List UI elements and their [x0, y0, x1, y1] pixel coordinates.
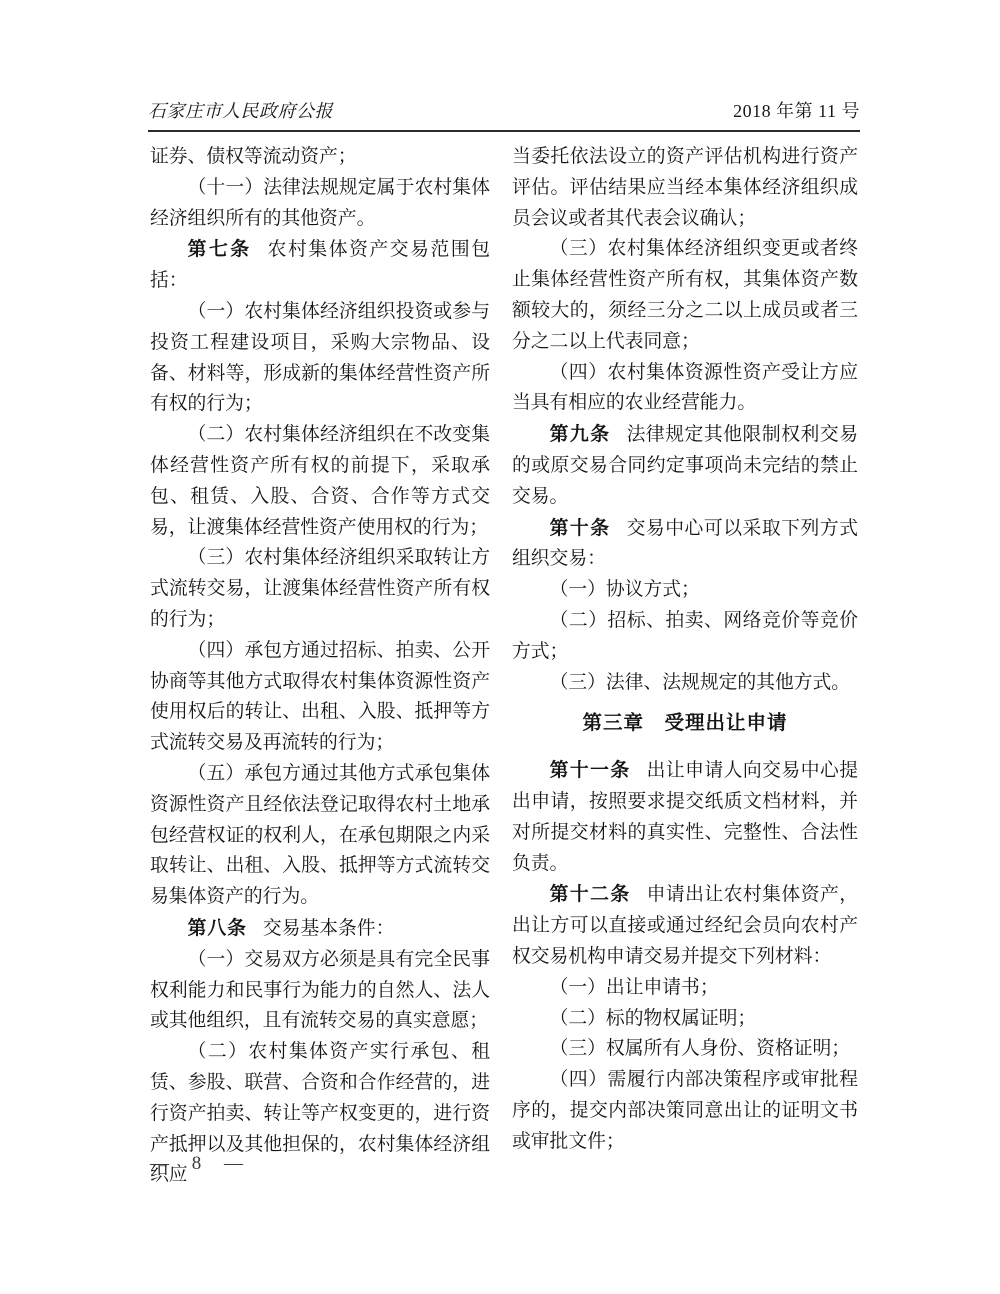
gazette-page: 石家庄市人民政府公报 2018 年第 11 号 证券、债权等流动资产；（十一）法…: [0, 0, 1000, 1294]
paragraph: 当委托依法设立的资产评估机构进行资产评估。评估结果应当经本集体经济组织成员会议或…: [512, 142, 858, 234]
paragraph-text: （一）协议方式；: [550, 579, 700, 600]
page-number: — 8 —: [150, 1153, 252, 1175]
paragraph: （一）交易双方必须是具有完全民事权利能力和民事行为能力的自然人、法人或其他组织，…: [150, 945, 490, 1037]
paragraph-text: 交易基本条件：: [263, 918, 394, 939]
chapter-heading: 第三章 受理出让申请: [512, 708, 858, 739]
paragraph-text: （三）法律、法规规定的其他方式。: [550, 672, 851, 693]
document-body: 证券、债权等流动资产；（十一）法律法规规定属于农村集体经济组织所有的其他资产。第…: [150, 142, 858, 1191]
paragraph: 第九条法律规定其他限制权利交易的或原交易合同约定事项尚未完结的禁止交易。: [512, 419, 858, 512]
paragraph-text: （三）权属所有人身份、资格证明；: [550, 1038, 851, 1059]
paragraph: （五）承包方通过其他方式承包集体资源性资产且经依法登记取得农村土地承包经营权证的…: [150, 759, 490, 913]
paragraph: （四）农村集体资源性资产受让方应当具有相应的农业经营能力。: [512, 358, 858, 420]
article-number: 第八条: [188, 917, 247, 938]
paragraph-text: （二）招标、拍卖、网络竞价等竞价方式；: [512, 610, 858, 662]
paragraph: （二）招标、拍卖、网络竞价等竞价方式；: [512, 606, 858, 668]
paragraph: 第十条交易中心可以采取下列方式组织交易：: [512, 513, 858, 576]
paragraph: 第七条农村集体资产交易范围包括：: [150, 234, 490, 297]
article-number: 第十条: [550, 517, 611, 538]
article-number: 第十二条: [550, 883, 631, 904]
paragraph: （一）出让申请书；: [512, 973, 858, 1004]
paragraph: （四）需履行内部决策程序或审批程序的，提交内部决策同意出让的证明文书或审批文件；: [512, 1065, 858, 1157]
right-column: 当委托依法设立的资产评估机构进行资产评估。评估结果应当经本集体经济组织成员会议或…: [512, 142, 858, 1191]
paragraph: 第十二条申请出让农村集体资产，出让方可以直接或通过经纪会员向农村产权交易机构申请…: [512, 879, 858, 972]
paragraph-text: （四）农村集体资源性资产受让方应当具有相应的农业经营能力。: [512, 362, 858, 414]
paragraph: 第八条交易基本条件：: [150, 913, 490, 945]
paragraph: （一）农村集体经济组织投资或参与投资工程建设项目，采购大宗物品、设备、材料等，形…: [150, 297, 490, 420]
paragraph: （四）承包方通过招标、拍卖、公开协商等其他方式取得农村集体资源性资产使用权后的转…: [150, 636, 490, 759]
paragraph-text: （十一）法律法规规定属于农村集体经济组织所有的其他资产。: [150, 177, 490, 229]
paragraph-text: （二）标的物权属证明；: [550, 1008, 757, 1029]
paragraph-text: （三）农村集体经济组织采取转让方式流转交易，让渡集体经营性资产所有权的行为；: [150, 547, 490, 630]
issue-number: 2018 年第 11 号: [733, 97, 860, 123]
paragraph: （十一）法律法规规定属于农村集体经济组织所有的其他资产。: [150, 173, 490, 235]
paragraph: 证券、债权等流动资产；: [150, 142, 490, 173]
left-column: 证券、债权等流动资产；（十一）法律法规规定属于农村集体经济组织所有的其他资产。第…: [150, 142, 490, 1191]
header-row: 石家庄市人民政府公报 2018 年第 11 号: [148, 97, 860, 130]
paragraph-text: （一）出让申请书；: [550, 977, 719, 998]
paragraph: （三）法律、法规规定的其他方式。: [512, 668, 858, 699]
paragraph: （三）农村集体经济组织变更或者终止集体经营性资产所有权，其集体资产数额较大的，须…: [512, 234, 858, 357]
paragraph-text: （四）需履行内部决策程序或审批程序的，提交内部决策同意出让的证明文书或审批文件；: [512, 1069, 858, 1152]
paragraph: （二）农村集体经济组织在不改变集体经营性资产所有权的前提下，采取承包、租赁、入股…: [150, 420, 490, 543]
paragraph-text: （三）农村集体经济组织变更或者终止集体经营性资产所有权，其集体资产数额较大的，须…: [512, 238, 858, 351]
gazette-title: 石家庄市人民政府公报: [148, 97, 333, 123]
paragraph: （三）权属所有人身份、资格证明；: [512, 1034, 858, 1065]
paragraph-text: 证券、债权等流动资产；: [150, 146, 357, 167]
header-rule: [148, 130, 860, 132]
page-header: 石家庄市人民政府公报 2018 年第 11 号: [148, 97, 860, 132]
paragraph-text: 第三章 受理出让申请: [582, 712, 787, 734]
paragraph-text: （二）农村集体经济组织在不改变集体经营性资产所有权的前提下，采取承包、租赁、入股…: [150, 424, 490, 537]
paragraph: 第十一条出让申请人向交易中心提出申请，按照要求提交纸质文档材料，并对所提交材料的…: [512, 755, 858, 879]
paragraph: （三）农村集体经济组织采取转让方式流转交易，让渡集体经营性资产所有权的行为；: [150, 543, 490, 635]
article-number: 第七条: [188, 238, 252, 259]
article-number: 第十一条: [550, 759, 631, 780]
paragraph: （一）协议方式；: [512, 575, 858, 606]
paragraph-text: 当委托依法设立的资产评估机构进行资产评估。评估结果应当经本集体经济组织成员会议或…: [512, 146, 858, 229]
paragraph-text: （四）承包方通过招标、拍卖、公开协商等其他方式取得农村集体资源性资产使用权后的转…: [150, 640, 490, 753]
paragraph: （二）标的物权属证明；: [512, 1004, 858, 1035]
paragraph-text: （五）承包方通过其他方式承包集体资源性资产且经依法登记取得农村土地承包经营权证的…: [150, 763, 490, 907]
article-number: 第九条: [550, 423, 611, 444]
paragraph-text: （一）交易双方必须是具有完全民事权利能力和民事行为能力的自然人、法人或其他组织，…: [150, 949, 490, 1032]
paragraph-text: （一）农村集体经济组织投资或参与投资工程建设项目，采购大宗物品、设备、材料等，形…: [150, 301, 490, 414]
